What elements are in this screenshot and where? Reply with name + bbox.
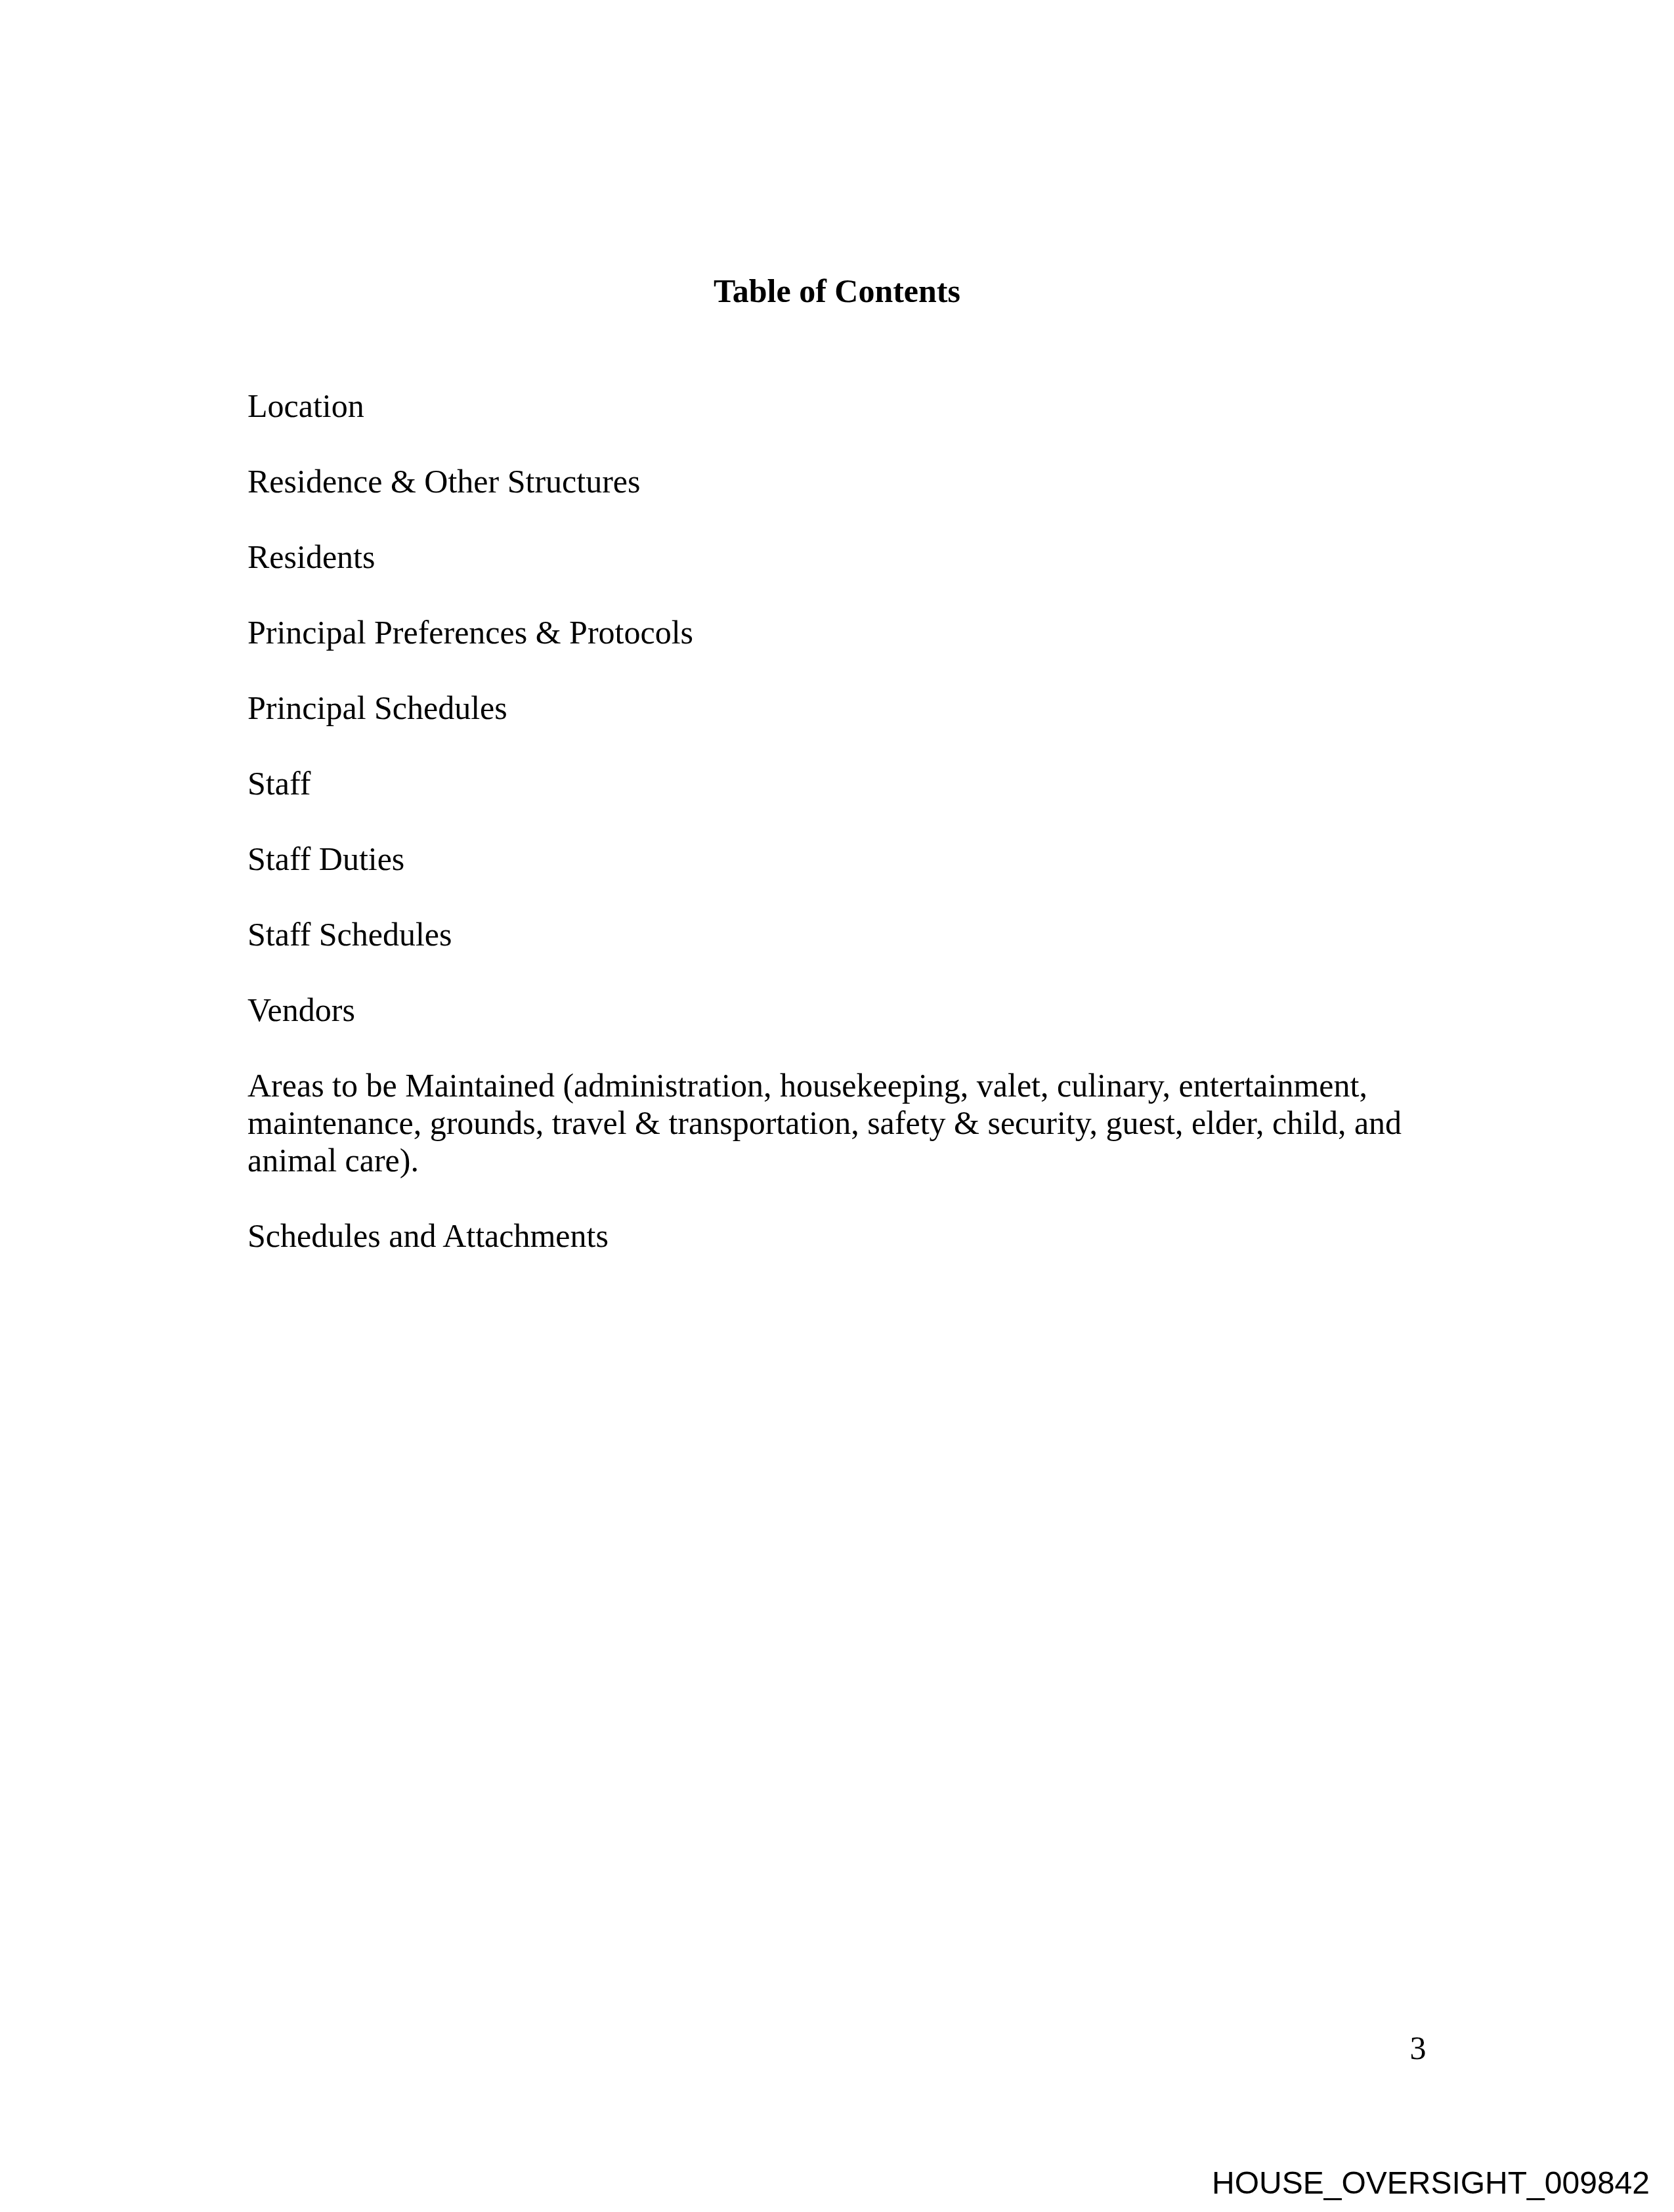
toc-entry-line: Principal Schedules (247, 689, 507, 727)
toc-entry: Location (247, 387, 364, 425)
toc-entry: Vendors (247, 991, 355, 1029)
toc-entry-line: maintenance, grounds, travel & transport… (247, 1104, 1402, 1142)
toc-entry: Staff (247, 765, 311, 802)
toc-entry-line: Staff Schedules (247, 916, 452, 953)
bates-stamp: HOUSE_OVERSIGHT_009842 (1212, 2164, 1650, 2203)
toc-entry-line: Principal Preferences & Protocols (247, 614, 693, 651)
page-number: 3 (1405, 2028, 1431, 2068)
toc-entry: Residents (247, 538, 375, 576)
toc-entry-line: Staff (247, 765, 311, 802)
toc-entry: Schedules and Attachments (247, 1217, 609, 1255)
toc-entry-line: Staff Duties (247, 840, 404, 878)
toc-entry-line: Residents (247, 538, 375, 576)
document-page: Table of Contents LocationResidence & Ot… (0, 0, 1674, 2212)
toc-entry-line: Schedules and Attachments (247, 1217, 609, 1255)
toc-entry-line: Areas to be Maintained (administration, … (247, 1067, 1402, 1104)
toc-entry-line: Location (247, 387, 364, 425)
toc-entry-line: animal care). (247, 1142, 1402, 1179)
toc-entry: Residence & Other Structures (247, 463, 640, 500)
toc-entry: Principal Preferences & Protocols (247, 614, 693, 651)
toc-entry: Areas to be Maintained (administration, … (247, 1067, 1402, 1179)
page-title: Table of Contents (0, 271, 1674, 311)
toc-entry-line: Residence & Other Structures (247, 463, 640, 500)
toc-entry: Staff Duties (247, 840, 404, 878)
toc-entry: Principal Schedules (247, 689, 507, 727)
toc-entry-line: Vendors (247, 991, 355, 1029)
toc-entry: Staff Schedules (247, 916, 452, 953)
